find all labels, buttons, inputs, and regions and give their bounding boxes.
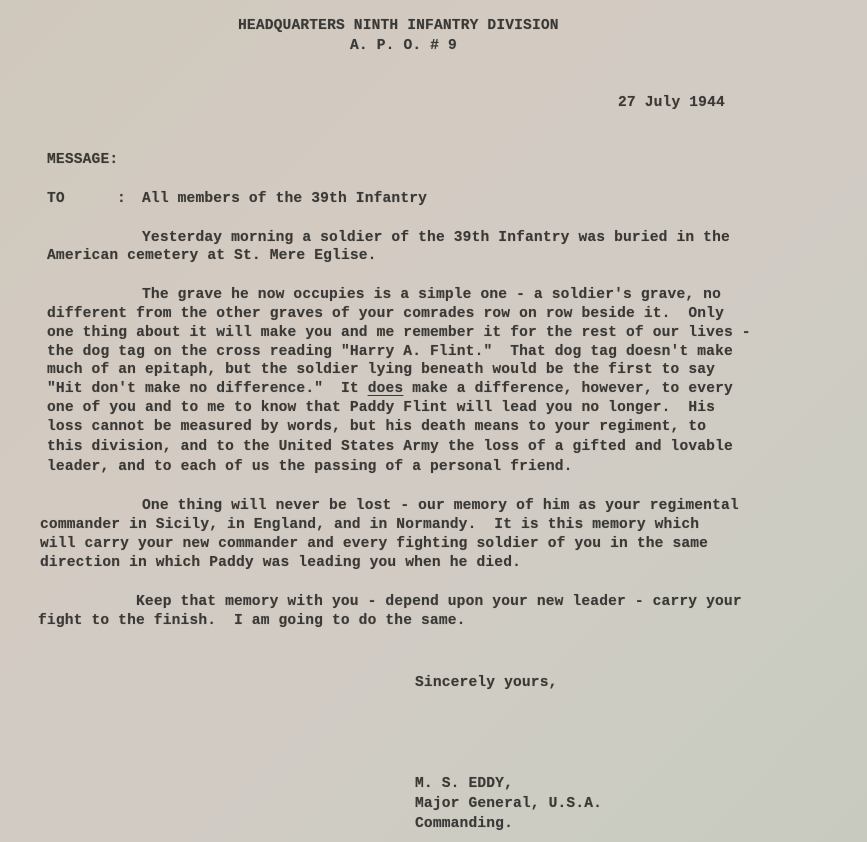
quote-text: "Hit don't make no difference." It — [47, 381, 368, 397]
paragraph-1-line-1: Yesterday morning a soldier of the 39th … — [142, 229, 730, 247]
paragraph-3-line-2: commander in Sicily, in England, and in … — [40, 516, 699, 534]
paragraph-2-line-10: leader, and to each of us the passing of… — [47, 458, 573, 476]
paragraph-1-line-2: American cemetery at St. Mere Eglise. — [47, 247, 377, 265]
closing: Sincerely yours, — [415, 674, 558, 692]
signature-role: Commanding. — [415, 815, 513, 833]
paragraph-2-line-8: loss cannot be measured by words, but hi… — [47, 418, 706, 436]
to-separator: : — [117, 190, 126, 208]
paragraph-2-line-2: different from the other graves of your … — [47, 305, 724, 323]
letter-document: HEADQUARTERS NINTH INFANTRY DIVISION A. … — [0, 0, 867, 842]
to-recipient: All members of the 39th Infantry — [142, 190, 427, 208]
signature-rank: Major General, U.S.A. — [415, 795, 602, 813]
line-continuation: make a difference, however, to every — [403, 381, 733, 397]
paragraph-2-line-4: the dog tag on the cross reading "Harry … — [47, 343, 733, 361]
signature-name: M. S. EDDY, — [415, 775, 513, 793]
paragraph-3-line-4: direction in which Paddy was leading you… — [40, 554, 521, 572]
letterhead-title: HEADQUARTERS NINTH INFANTRY DIVISION — [238, 17, 559, 35]
paragraph-4-line-1: Keep that memory with you - depend upon … — [136, 593, 742, 611]
paragraph-3-line-1: One thing will never be lost - our memor… — [142, 497, 739, 515]
paragraph-4-line-2: fight to the finish. I am going to do th… — [38, 612, 466, 630]
paragraph-3-line-3: will carry your new commander and every … — [40, 535, 708, 553]
paragraph-2-line-3: one thing about it will make you and me … — [47, 324, 751, 342]
message-label: MESSAGE: — [47, 151, 118, 169]
letter-date: 27 July 1944 — [618, 94, 725, 112]
paragraph-2-line-5: much of an epitaph, but the soldier lyin… — [47, 361, 715, 379]
paragraph-2-line-1: The grave he now occupies is a simple on… — [142, 286, 721, 304]
paragraph-2-line-9: this division, and to the United States … — [47, 438, 733, 456]
letterhead-apo: A. P. O. # 9 — [350, 37, 457, 55]
to-label: TO — [47, 190, 65, 208]
paragraph-2-line-6: "Hit don't make no difference." It does … — [47, 380, 733, 398]
paragraph-2-line-7: one of you and to me to know that Paddy … — [47, 399, 715, 417]
emphasized-word: does — [368, 381, 404, 397]
